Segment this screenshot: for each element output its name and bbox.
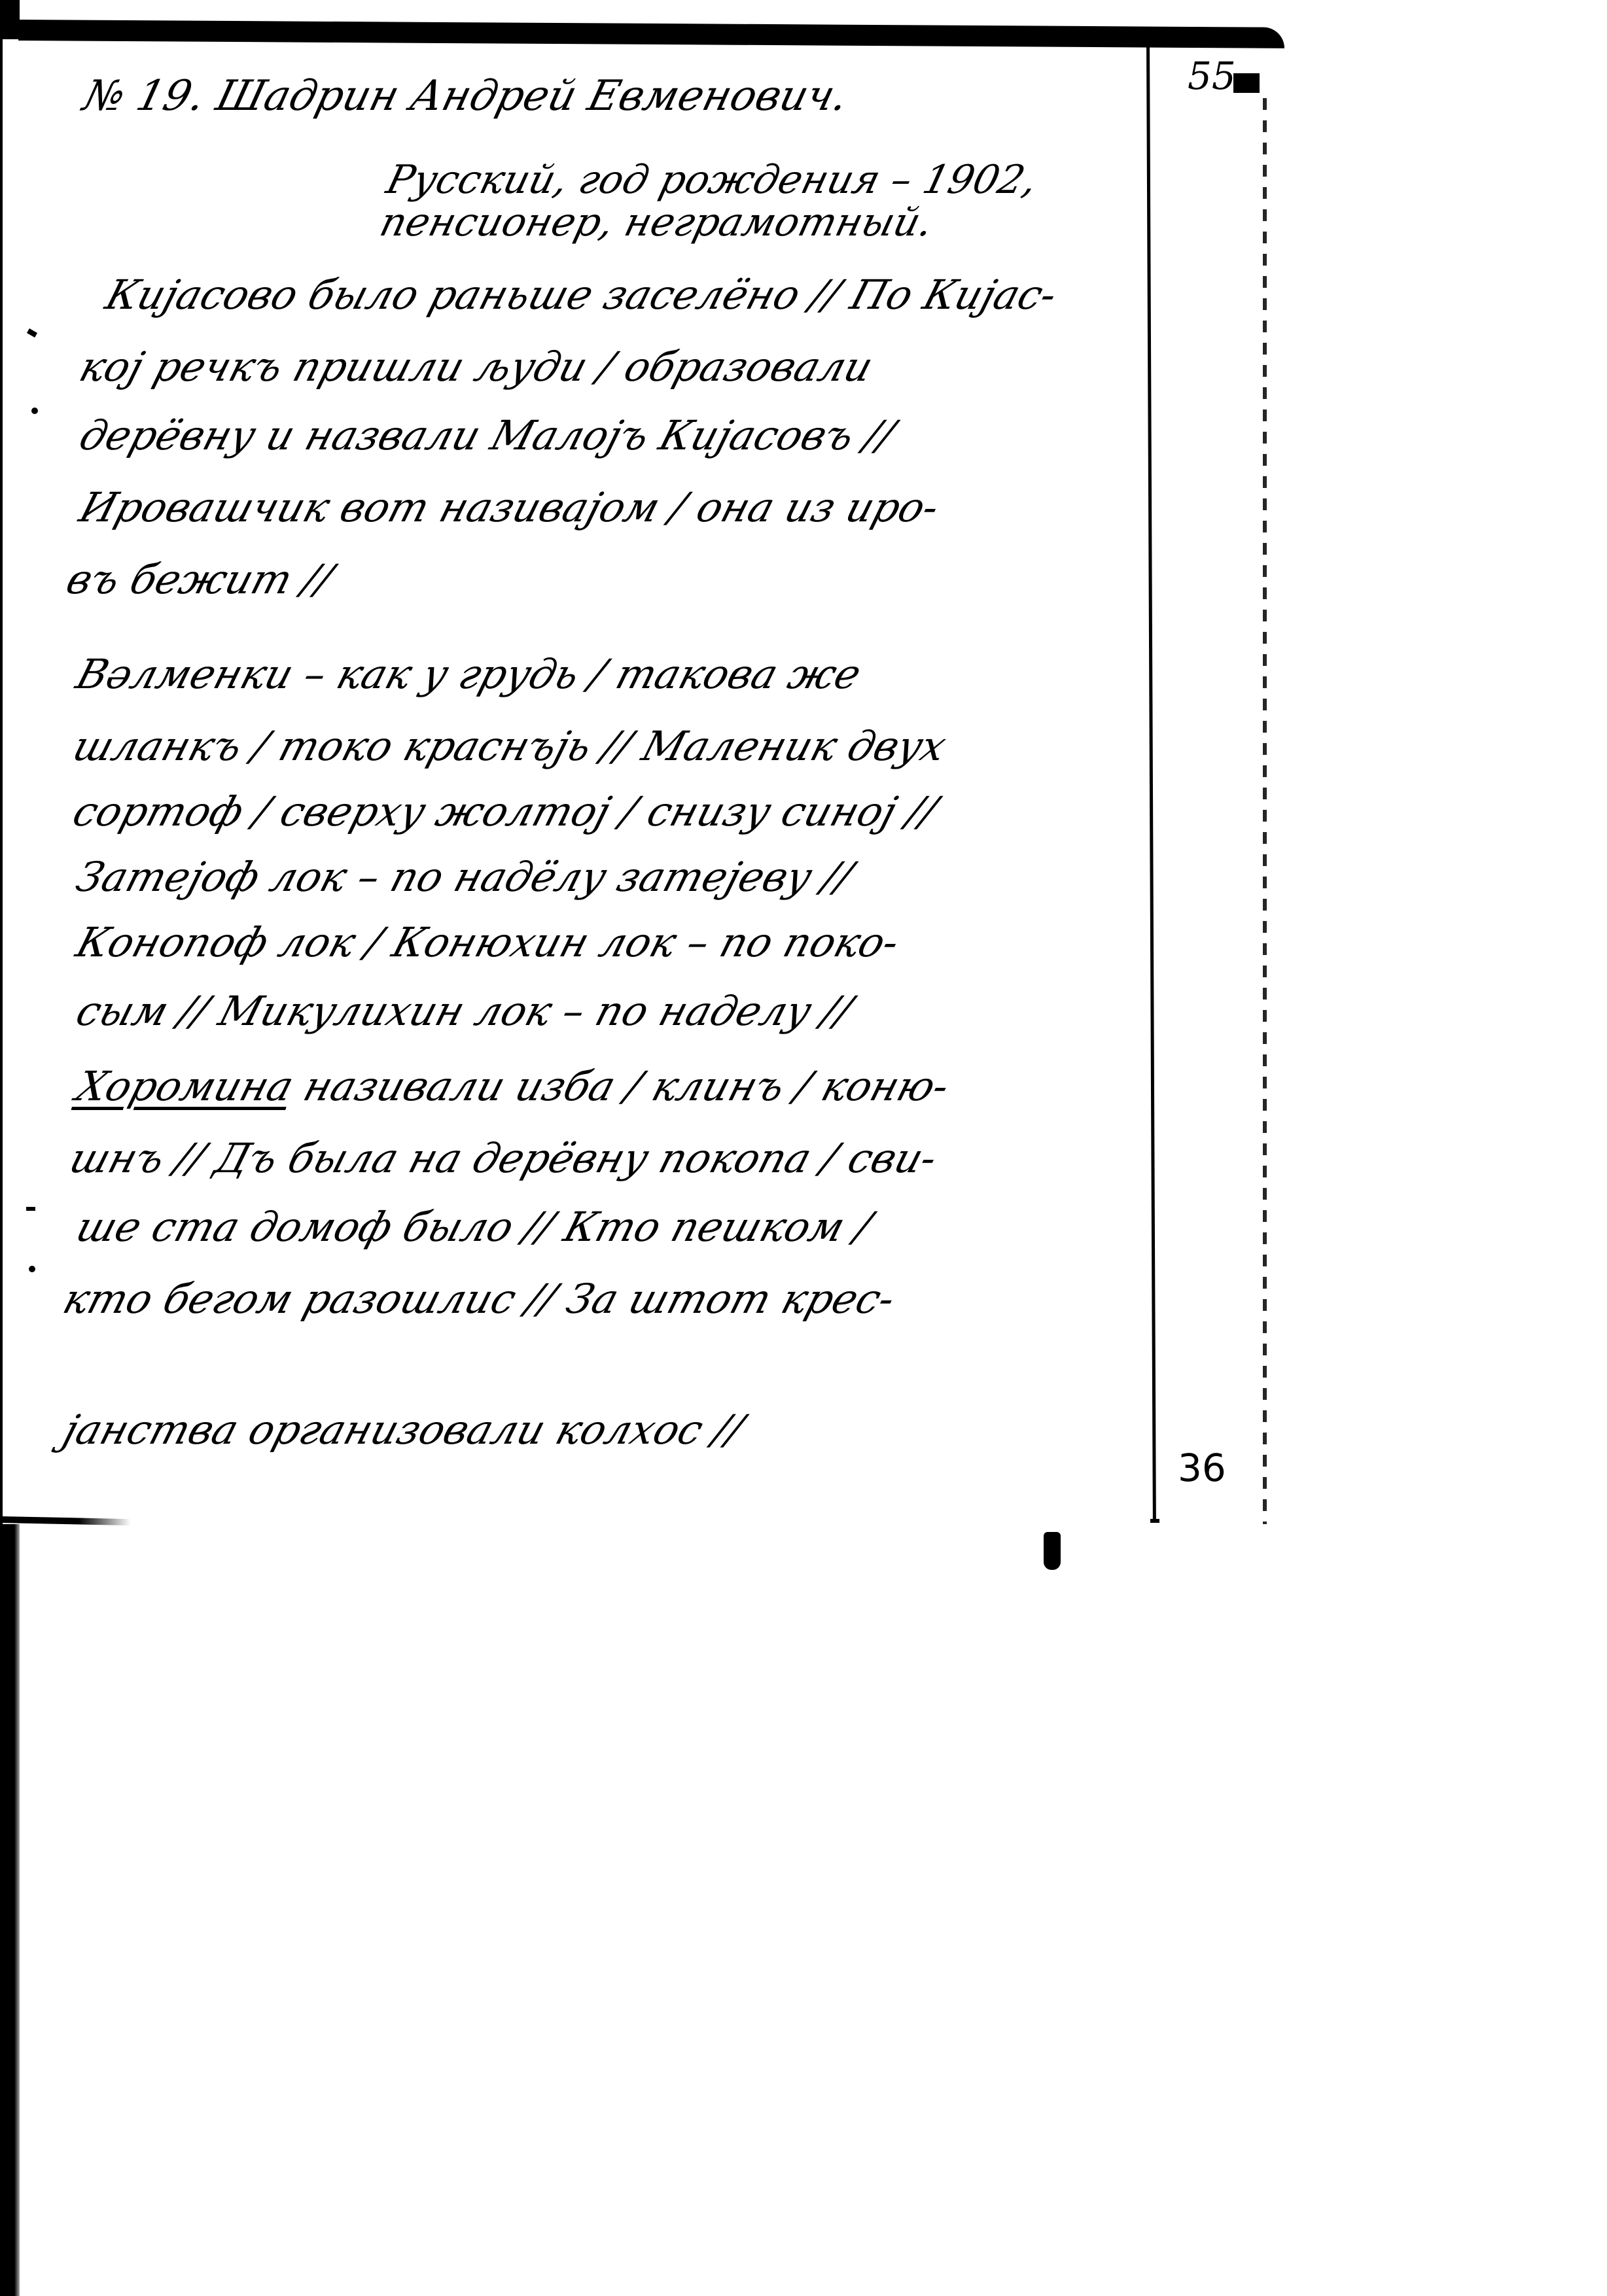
scan-shadow-top-left <box>0 0 20 39</box>
transcript-line: кто бегом разошлис // За штот крес- <box>59 1279 900 1319</box>
margin-tick-mark <box>27 328 37 338</box>
scan-right-edge <box>1263 98 1267 1524</box>
informant-details-line-1: Русский, год рождения – 1902, <box>383 160 1041 200</box>
transcript-line: Ировашчик вот називајом / она из иро- <box>75 487 944 528</box>
scan-top-border <box>18 20 1284 48</box>
transcript-line: ше ста домоф было // Кто пешком / <box>72 1207 876 1247</box>
transcript-line: Кијасово было раньше заселёно // По Кија… <box>101 275 1061 315</box>
transcript-line-text: називали изба / клинъ / коню- <box>285 1062 955 1110</box>
margin-rule-end <box>1150 1519 1159 1523</box>
margin-dot-mark <box>29 1266 35 1272</box>
transcript-line: сортоф / сверху жолтој / снизу синој // <box>69 791 942 832</box>
transcript-line: кој речкъ пришли људи / образовали <box>75 347 877 387</box>
page-number: 36 <box>1178 1446 1226 1490</box>
transcript-line: сым // Микулихин лок – по наделу // <box>72 991 856 1032</box>
transcript-line: Затејоф лок – по надёлу затејеву // <box>72 857 857 897</box>
transcript-line: Вәлменки – как у грудь / такова же <box>72 654 866 695</box>
margin-dot-mark <box>31 408 38 414</box>
margin-tick-mark <box>26 1207 35 1211</box>
margin-rule-line <box>1146 41 1156 1522</box>
record-heading: № 19. Шадрин Андрей Евменович. <box>79 72 853 120</box>
transcript-line: въ бежит // <box>62 559 337 600</box>
transcript-line: Конопоф лок / Конюхин лок – по поко- <box>72 922 904 963</box>
informant-details-line-2: пенсионер, неграмотный. <box>376 203 937 242</box>
folio-number: 55 <box>1188 54 1236 98</box>
scan-left-edge <box>0 39 3 1524</box>
underlined-term: Хоромина <box>71 1062 300 1110</box>
transcript-line: Хоромина називали изба / клинъ / коню- <box>72 1066 953 1107</box>
transcript-line: шланкъ / токо краснъјь // Маленик двух <box>69 726 951 767</box>
scanned-document-page: 55 № 19. Шадрин Андрей Евменович. Русски… <box>0 0 1607 2296</box>
binding-shadow <box>0 1524 20 2296</box>
transcript-line: јанства организовали колхос // <box>59 1410 748 1450</box>
transcript-line: дерёвну и назвали Малојъ Кијасовъ // <box>75 415 899 456</box>
scan-corner-tab <box>1233 73 1260 93</box>
ink-blot <box>1044 1532 1061 1570</box>
transcript-line: шнъ // Дъ была на дерёвну покопа / сви- <box>65 1138 942 1179</box>
